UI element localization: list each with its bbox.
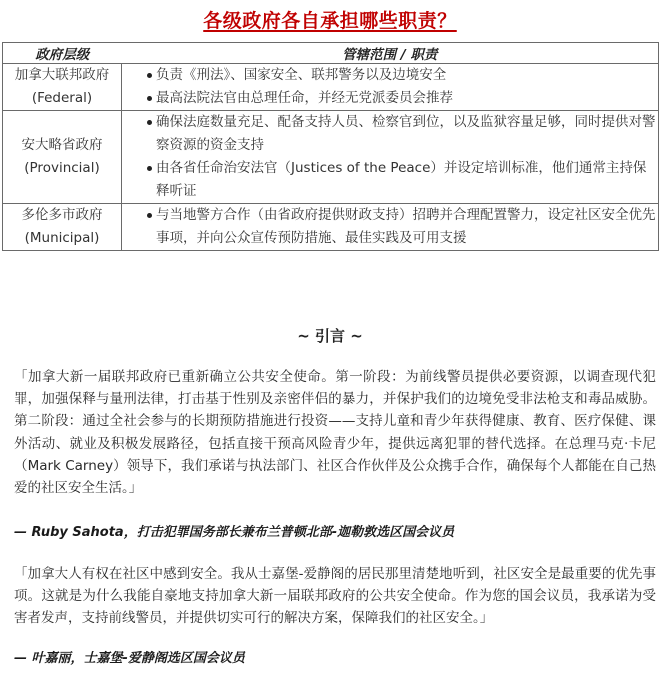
quote-text: 「加拿大新一届联邦政府已重新确立公共安全使命。第一阶段：为前线警员提供必要资源，… [14,366,656,499]
column-header-responsibilities: 管辖范围 / 职责 [122,43,659,64]
responsibilities-list: 负责《刑法》、国家安全、联邦警务以及边境安全 最高法院法官由总理任命，并经无党派… [122,64,658,110]
list-item: 负责《刑法》、国家安全、联邦警务以及边境安全 [122,64,658,87]
list-item: 确保法庭数量充足、配备支持人员、检察官到位，以及监狱容量足够，同时提供对警察资源… [122,111,658,157]
quote-text: 「加拿大人有权在社区中感到安全。我从士嘉堡-爱静阁的居民那里清楚地听到，社区安全… [14,563,656,630]
level-cell: 安大略省政府 (Provincial) [3,111,122,204]
responsibilities-cell: 与当地警方合作（由省政府提供财政支持）招聘并合理配置警力，设定社区安全优先事项，… [122,204,659,251]
government-responsibilities-table: 政府层级 管辖范围 / 职责 加拿大联邦政府 (Federal) 负责《刑法》、… [2,42,659,251]
column-header-level: 政府层级 [3,43,122,64]
quotes-heading: ~ 引言 ~ [0,325,660,346]
page-title: 各级政府各自承担哪些职责？ [0,6,660,33]
level-cell: 加拿大联邦政府 (Federal) [3,64,122,111]
list-item: 与当地警方合作（由省政府提供财政支持）招聘并合理配置警力，设定社区安全优先事项，… [122,204,658,250]
level-name-en: (Municipal) [3,227,121,250]
responsibilities-list: 与当地警方合作（由省政府提供财政支持）招聘并合理配置警力，设定社区安全优先事项，… [122,204,658,250]
table-row-federal: 加拿大联邦政府 (Federal) 负责《刑法》、国家安全、联邦警务以及边境安全… [3,64,659,111]
quote-attribution: — Ruby Sahota，打击犯罪国务部长兼布兰普顿北部-迦勒敦选区国会议员 [14,521,454,540]
level-name-cn: 加拿大联邦政府 [3,64,121,87]
level-cell: 多伦多市政府 (Municipal) [3,204,122,251]
quote-attribution: — 叶嘉丽，士嘉堡-爱静阁选区国会议员 [14,647,245,666]
table-row-provincial: 安大略省政府 (Provincial) 确保法庭数量充足、配备支持人员、检察官到… [3,111,659,204]
page-title-text: 各级政府各自承担哪些职责？ [203,10,457,32]
table-row-municipal: 多伦多市政府 (Municipal) 与当地警方合作（由省政府提供财政支持）招聘… [3,204,659,251]
responsibilities-cell: 确保法庭数量充足、配备支持人员、检察官到位，以及监狱容量足够，同时提供对警察资源… [122,111,659,204]
table-header-row: 政府层级 管辖范围 / 职责 [3,43,659,64]
responsibilities-list: 确保法庭数量充足、配备支持人员、检察官到位，以及监狱容量足够，同时提供对警察资源… [122,111,658,203]
level-name-cn: 安大略省政府 [3,134,121,157]
level-name-cn: 多伦多市政府 [3,204,121,227]
list-item: 由各省任命治安法官（Justices of the Peace）并设定培训标准，… [122,157,658,203]
level-name-en: (Federal) [3,87,121,110]
level-name-en: (Provincial) [3,157,121,180]
responsibilities-cell: 负责《刑法》、国家安全、联邦警务以及边境安全 最高法院法官由总理任命，并经无党派… [122,64,659,111]
list-item: 最高法院法官由总理任命，并经无党派委员会推荐 [122,87,658,110]
